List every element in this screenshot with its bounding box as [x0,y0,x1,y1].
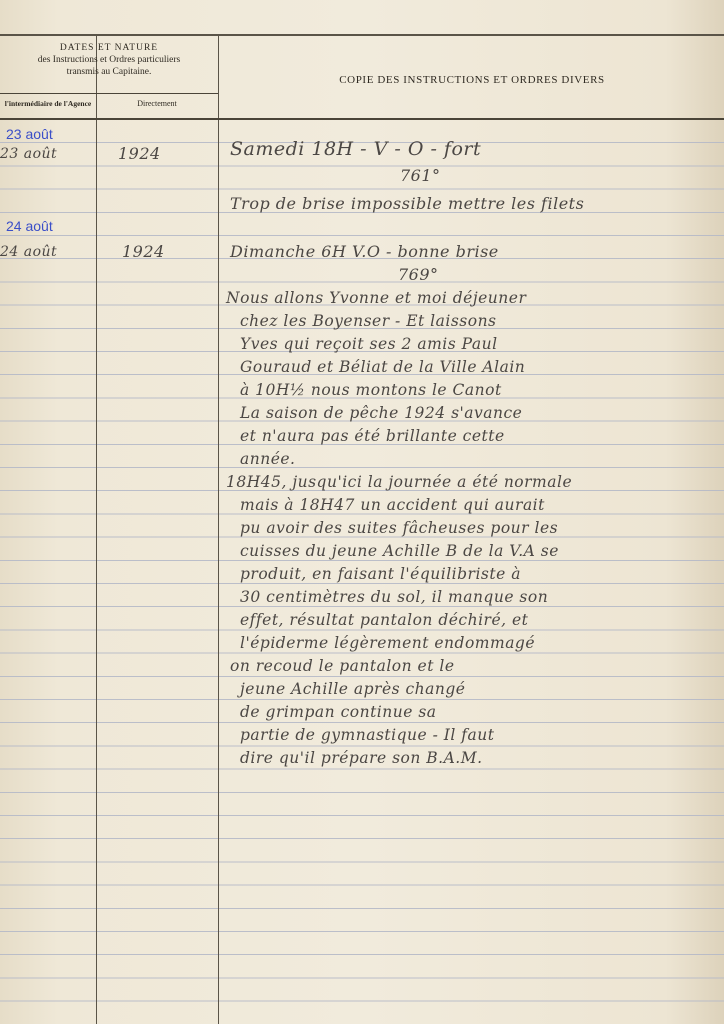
body-line-15: effet, résultat pantalon déchiré, et [240,611,528,629]
top-rule [0,34,724,36]
body-line-2: chez les Boyenser - Et laissons [240,312,497,330]
dates-header-line3: transmis au Capitaine. [0,66,218,78]
body-line-18: jeune Achille après changé [240,680,465,698]
entry1-left-date: 23 août [0,146,57,162]
ledger-page: DATES ET NATURE des Instructions et Ordr… [0,0,724,1024]
body-line-12: cuisses du jeune Achille B de la V.A se [240,542,559,560]
body-line-20: partie de gymnastique - Il faut [240,726,495,744]
body-line-7: et n'aura pas été brillante cette [240,427,505,445]
dates-header: DATES ET NATURE des Instructions et Ordr… [0,42,218,78]
entry1-line3: Trop de brise impossible mettre les file… [230,194,584,213]
dates-header-title: DATES ET NATURE [0,42,218,54]
body-line-14: 30 centimètres du sol, il manque son [240,588,548,606]
body-line-10: mais à 18H47 un accident qui aurait [240,496,545,514]
body-line-9: 18H45, jusqu'ici la journée a été normal… [226,473,572,491]
entry1-year: 1924 [118,144,161,163]
copie-header: COPIE DES INSTRUCTIONS ET ORDRES DIVERS [220,74,724,86]
body-line-6: La saison de pêche 1924 s'avance [240,404,522,422]
col-directement-header: Directement [96,99,218,108]
column-divider-2 [218,34,219,1024]
body-line-1: Nous allons Yvonne et moi déjeuner [226,289,526,307]
date-annotation-2: 24 août [6,218,53,234]
body-line-16: l'épiderme légèrement endommagé [240,634,535,652]
entry1-line2: 761° [400,166,441,185]
body-line-17: on recoud le pantalon et le [230,657,455,675]
column-divider-1 [96,34,97,1024]
body-line-11: pu avoir des suites fâcheuses pour les [240,519,558,537]
header-bottom-rule-left [0,118,218,120]
dates-header-line2: des Instructions et Ordres particuliers [0,54,218,66]
entry1-line1: Samedi 18H - V - O - fort [230,138,481,160]
body-line-5: à 10H½ nous montons le Canot [240,381,502,399]
date-annotation-1: 23 août [6,126,53,142]
body-line-13: produit, en faisant l'équilibriste à [240,565,521,583]
header-bottom-rule-right [218,118,724,120]
body-line-21: dire qu'il prépare son B.A.M. [240,749,483,767]
body-line-4: Gouraud et Béliat de la Ville Alain [240,358,525,376]
entry2-year: 1924 [122,242,165,261]
entry2-line1: Dimanche 6H V.O - bonne brise [230,242,499,261]
subheader-rule [0,93,218,94]
entry2-line2: 769° [398,265,439,284]
col-intermediaire-header: l'intermédiaire de l'Agence [0,99,96,108]
entry2-left-date: 24 août [0,244,57,260]
body-line-19: de grimpan continue sa [240,703,437,721]
body-line-3: Yves qui reçoit ses 2 amis Paul [240,335,498,353]
body-line-8: année. [240,450,295,468]
